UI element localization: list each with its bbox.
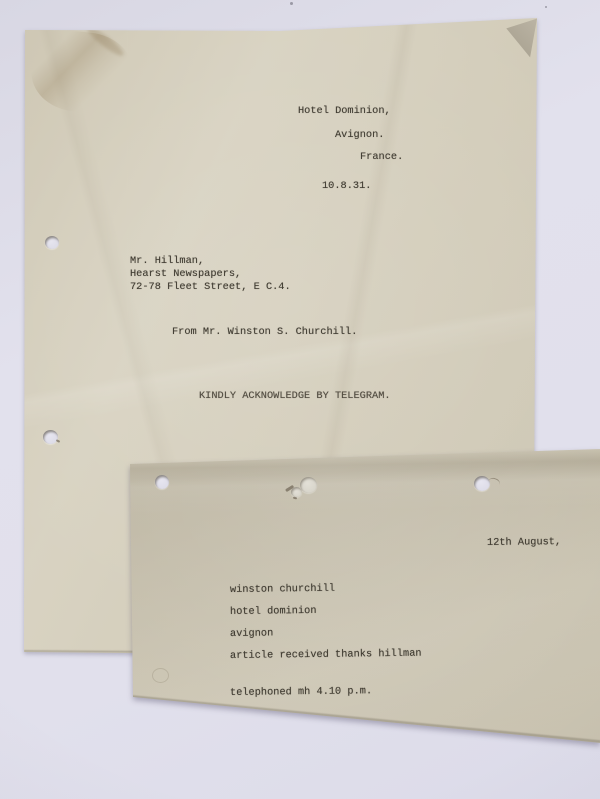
telegram-page: 12th August, winston churchill hotel dom… (0, 0, 600, 799)
note-line-city: avignon (230, 627, 273, 640)
note-line-message: article received thanks hillman (230, 648, 422, 662)
torn-punch-hole-fragment (291, 487, 302, 497)
ring-stain (152, 668, 169, 683)
photo-backdrop: Hotel Dominion, Avignon. France. 10.8.31… (0, 0, 600, 799)
telegram-sheet: 12th August, winston churchill hotel dom… (0, 0, 600, 799)
hole-tear-mark (293, 497, 297, 500)
punch-hole (155, 475, 169, 489)
note-date: 12th August, (487, 536, 561, 549)
hole-tear-crack (487, 476, 502, 489)
note-footer: telephoned mh 4.10 p.m. (230, 685, 372, 699)
note-line-hotel: hotel dominion (230, 605, 317, 618)
note-line-recipient: winston churchill (230, 583, 335, 596)
torn-punch-hole (300, 477, 317, 493)
paper-edge-shade (131, 695, 600, 743)
